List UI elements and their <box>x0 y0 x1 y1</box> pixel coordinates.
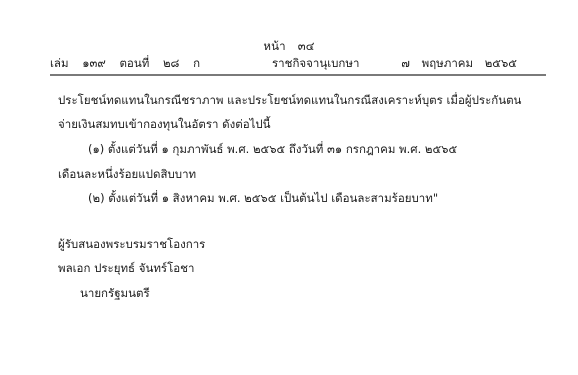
countersign-label: ผู้รับสนองพระบรมราชโองการ <box>58 236 205 254</box>
page-number-value: ๓๔ <box>298 39 315 53</box>
page-number: หน้า ๓๔ <box>0 38 578 56</box>
date-day: ๗ <box>401 56 410 70</box>
item-1-line-1: (๑) ตั้งแต่วันที่ ๑ กุมภาพันธ์ พ.ศ. ๒๕๖๕… <box>88 141 457 159</box>
volume-label: เล่ม <box>50 56 69 70</box>
publication-date: ๗ พฤษภาคม ๒๕๖๕ <box>393 55 517 73</box>
item-2: (๒) ตั้งแต่วันที่ ๑ สิงหาคม พ.ศ. ๒๕๖๕ เป… <box>88 190 438 208</box>
paragraph-line-1: ประโยชน์ทดแทนในกรณีชราภาพ และประโยชน์ทดแ… <box>58 92 521 110</box>
volume-info: เล่ม ๑๓๙ ตอนที่ ๒๘ ก <box>50 55 210 73</box>
gazette-page: หน้า ๓๔ เล่ม ๑๓๙ ตอนที่ ๒๘ ก ราชกิจจานุเ… <box>0 0 578 375</box>
item-1-line-2: เดือนละหนึ่งร้อยแปดสิบบาท <box>58 166 196 184</box>
publication-name: ราชกิจจานุเบกษา <box>272 55 359 73</box>
gazette-header: เล่ม ๑๓๙ ตอนที่ ๒๘ ก ราชกิจจานุเบกษา ๗ พ… <box>50 55 467 71</box>
paragraph-line-2: จ่ายเงินสมทบเข้ากองทุนในอัตรา ดังต่อไปนี… <box>58 116 271 134</box>
section-label: ตอนที่ <box>119 56 149 70</box>
section-letter: ก <box>193 56 200 70</box>
signatory-title: นายกรัฐมนตรี <box>80 285 150 303</box>
date-year: ๒๕๖๕ <box>485 56 517 70</box>
date-month: พฤษภาคม <box>422 56 473 70</box>
signatory-name: พลเอก ประยุทธ์ จันทร์โอชา <box>58 260 194 278</box>
volume-number: ๑๓๙ <box>82 56 106 70</box>
header-divider <box>50 74 546 76</box>
section-number: ๒๘ <box>163 56 179 70</box>
page-label: หน้า <box>263 39 286 53</box>
